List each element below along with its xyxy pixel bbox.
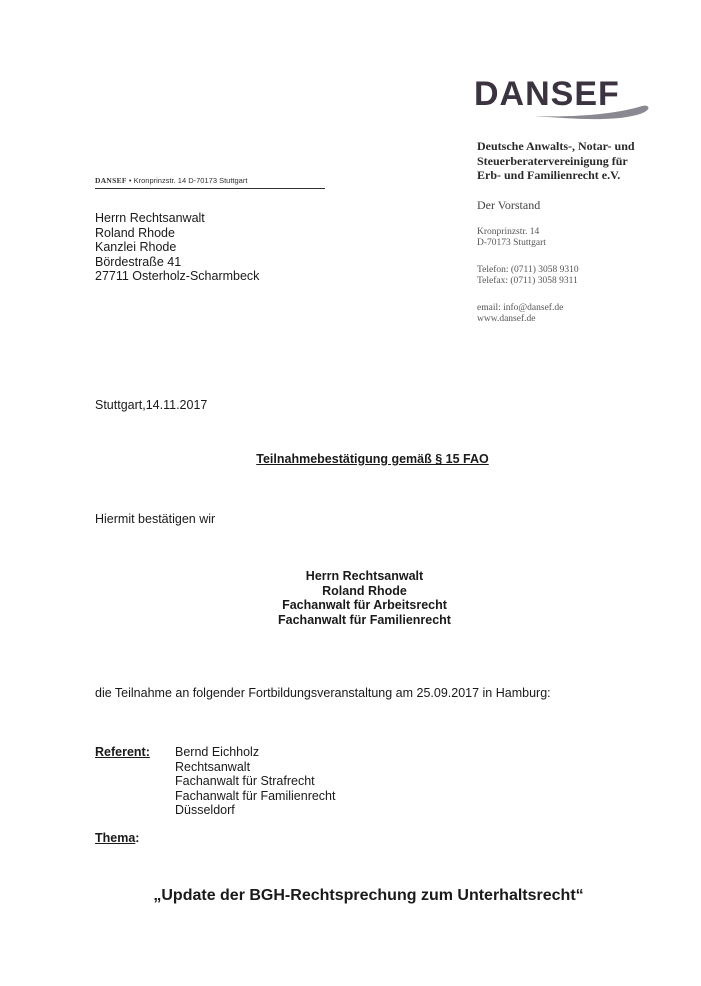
referent-line: Bernd Eichholz (175, 745, 335, 760)
referent-details: Bernd Eichholz Rechtsanwalt Fachanwalt f… (175, 745, 335, 818)
org-name-line: Deutsche Anwalts-, Notar- und (477, 139, 677, 154)
org-address-line: D-70173 Stuttgart (477, 238, 677, 250)
org-online: email: info@dansef.de www.dansef.de (477, 303, 677, 326)
organization-block: Deutsche Anwalts-, Notar- und Steuerbera… (477, 139, 677, 326)
sender-return-line: DANSEF • Kronprinzstr. 14 D-70173 Stuttg… (95, 176, 325, 189)
confirmation-intro: Hiermit bestätigen wir (95, 512, 215, 526)
sender-org: DANSEF (95, 176, 127, 185)
org-fax: Telefax: (0711) 3058 9311 (477, 276, 677, 288)
org-contact: Telefon: (0711) 3058 9310 Telefax: (0711… (477, 265, 677, 288)
participant-line: Fachanwalt für Familienrecht (14, 613, 701, 628)
recipient-address: Herrn Rechtsanwalt Roland Rhode Kanzlei … (95, 211, 259, 284)
dansef-logo: DANSEF (474, 74, 654, 124)
referent-label: Referent: (95, 745, 150, 759)
topic-title: „Update der BGH-Rechtsprechung zum Unter… (18, 887, 701, 905)
recipient-line: Herrn Rechtsanwalt (95, 211, 259, 226)
board-label: Der Vorstand (477, 198, 677, 213)
subject-heading: Teilnahmebestätigung gemäß § 15 FAO (0, 452, 701, 466)
referent-line: Fachanwalt für Strafrecht (175, 774, 335, 789)
participant-line: Herrn Rechtsanwalt (14, 569, 701, 584)
letter-date: Stuttgart,14.11.2017 (95, 398, 207, 412)
org-website[interactable]: www.dansef.de (477, 314, 677, 326)
org-name-line: Erb- und Familienrecht e.V. (477, 168, 677, 183)
topic-label-suffix: : (135, 831, 139, 845)
sender-address: Kronprinzstr. 14 D-70173 Stuttgart (134, 176, 248, 185)
topic-label: Thema: (95, 831, 139, 845)
sender-separator: • (127, 176, 134, 185)
org-phone: Telefon: (0711) 3058 9310 (477, 265, 677, 277)
organization-name: Deutsche Anwalts-, Notar- und Steuerbera… (477, 139, 677, 183)
event-description: die Teilnahme an folgender Fortbildungsv… (95, 686, 551, 700)
recipient-line: Kanzlei Rhode (95, 240, 259, 255)
participant-block: Herrn Rechtsanwalt Roland Rhode Fachanwa… (14, 569, 701, 627)
referent-line: Düsseldorf (175, 803, 335, 818)
org-email[interactable]: email: info@dansef.de (477, 303, 677, 315)
participant-line: Roland Rhode (14, 584, 701, 599)
referent-line: Rechtsanwalt (175, 760, 335, 775)
org-name-line: Steuerberatervereinigung für (477, 154, 677, 169)
recipient-line: 27711 Osterholz-Scharmbeck (95, 269, 259, 284)
topic-label-text: Thema (95, 831, 135, 845)
logo-swoosh-icon (474, 96, 654, 120)
subject-text: Teilnahmebestätigung gemäß § 15 FAO (256, 452, 488, 466)
org-address: Kronprinzstr. 14 D-70173 Stuttgart (477, 227, 677, 250)
org-address-line: Kronprinzstr. 14 (477, 227, 677, 239)
recipient-line: Roland Rhode (95, 226, 259, 241)
recipient-line: Bördestraße 41 (95, 255, 259, 270)
referent-line: Fachanwalt für Familienrecht (175, 789, 335, 804)
participant-line: Fachanwalt für Arbeitsrecht (14, 598, 701, 613)
